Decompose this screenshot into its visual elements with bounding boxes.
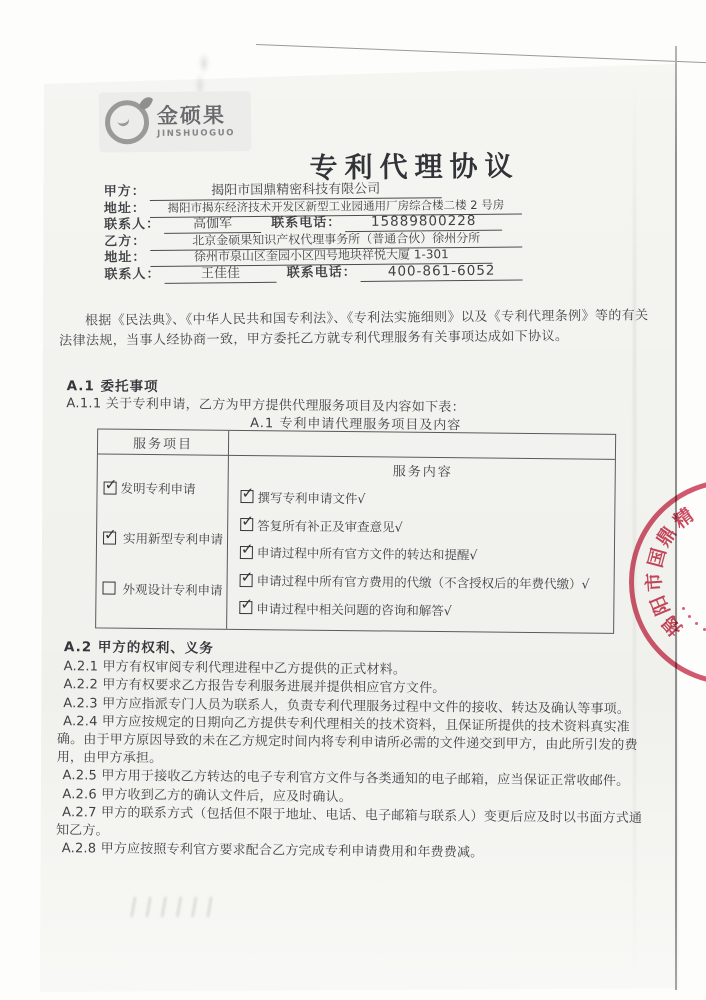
seal-dot [688,615,691,618]
service-content-label: 答复所有补正及审查意见√ [257,516,403,536]
service-content-row: 申请过程中相关问题的咨询和解答√ [239,599,603,621]
service-item-label: 实用新型专利申请 [123,529,223,548]
service-table: 服务项目 发明专利申请 实用新型专利申请 外观设计专利申请 服务内容 [95,428,616,633]
service-content-label: 申请过程中相关问题的咨询和解答√ [256,599,452,619]
checkbox-checked-icon [240,490,253,503]
checkbox-invention-checked-icon [104,481,117,494]
scanned-contract-page: 金硕果 JINSHUOGUO 专利代理协议 甲方：揭阳市国鼎精密科技有限公司 地… [0,0,706,1000]
section-a2-block: A.2 甲方的权利、义务 A.2.1 甲方有权审阅专利代理进程中乙方提供的正式材… [56,638,656,865]
service-item-label: 外观设计专利申请 [122,580,222,599]
clause-a24: A.2.4 甲方应按规定的日期向乙方提供专利代理相关的技术资料，且保证所提供的技… [57,713,656,774]
table-header-service-item: 服务项目 [98,429,228,455]
seal-ring [629,479,706,685]
checkbox-checked-icon [240,574,253,587]
service-content-row: 申请过程中所有官方文件的转达和提醒√ [240,543,604,565]
clause-a27: A.2.7 甲方的联系方式（包括但不限于地址、电话、电子邮箱与联系人）变更后应及… [56,804,654,847]
service-item-row: 发明专利申请 [103,479,223,498]
seal-dot [682,607,685,610]
checkbox-checked-icon [240,546,253,559]
service-item-row: 外观设计专利申请 [102,579,222,598]
service-content-row: 答复所有补正及审查意见√ [240,516,604,538]
company-seal-stamp: 揭 阳 市 国 鼎 精 [622,472,706,682]
service-item-row: 实用新型专利申请 [103,529,223,548]
service-item-column: 发明专利申请 实用新型专利申请 外观设计专利申请 [96,454,228,628]
service-content-label: 申请过程中所有官方费用的代缴（不含授权后的年费代缴）√ [257,571,590,592]
checkbox-utility-model-checked-icon [103,531,116,544]
service-content-row: 撰写专利申请文件√ [240,488,604,510]
checkbox-design-unchecked-icon [102,582,115,595]
lower-content-block: A.1 委托事项 A.1.1 关于专利申请，乙方为甲方提供代理服务项目及内容如下… [0,0,706,1000]
service-content-label: 申请过程中所有官方文件的转达和提醒√ [257,544,478,564]
service-content-column: 服务内容 撰写专利申请文件√ 答复所有补正及审查意见√ 申请过程中所有官方文件的… [226,456,615,633]
service-content-row: 申请过程中所有官方费用的代缴（不含授权后的年费代缴）√ [240,571,604,593]
checkbox-checked-icon [239,601,252,614]
seal-dot [695,622,698,625]
service-content-label: 撰写专利申请文件√ [257,488,365,507]
table-header-service-content: 服务内容 [241,459,605,482]
seal-char: 市 [645,572,665,592]
checkbox-checked-icon [240,518,253,531]
service-item-label: 发明专利申请 [120,479,195,498]
